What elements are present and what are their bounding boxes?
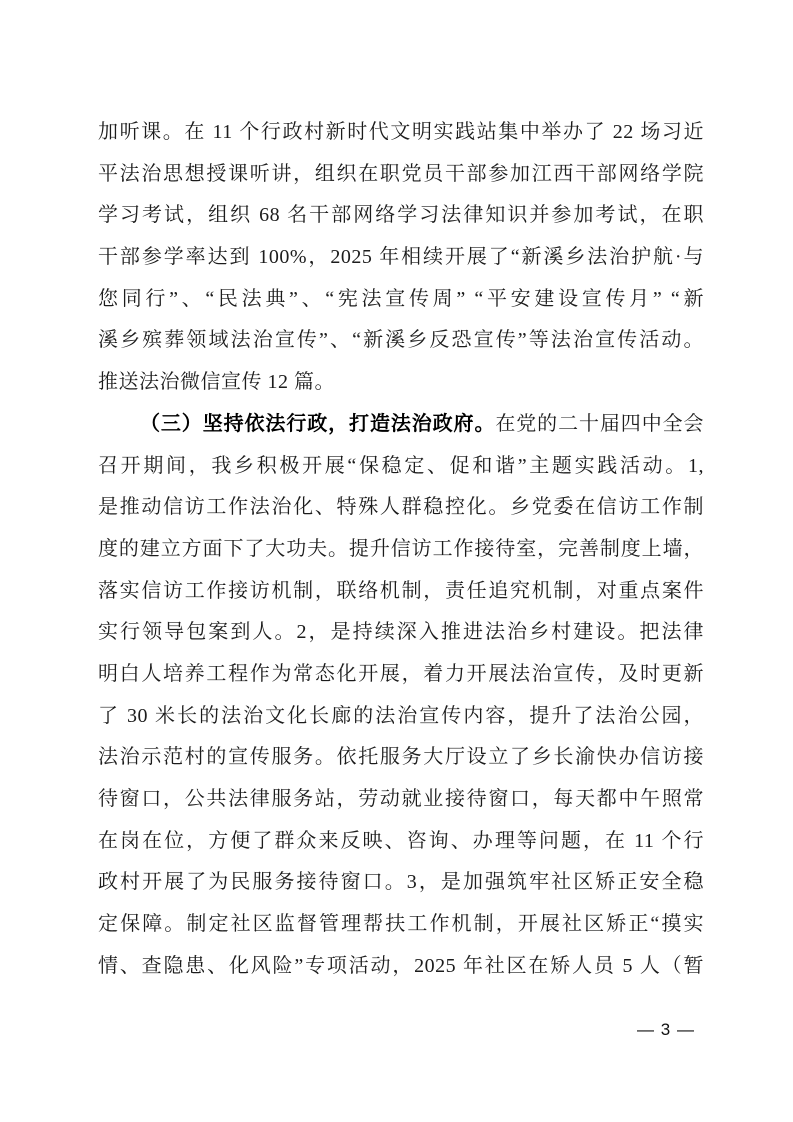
- text-line: 情、查隐患、化风险”专项活动，2025 年社区在矫人员 5 人（暂: [98, 946, 704, 988]
- text-line: 推送法治微信宣传 12 篇。: [98, 362, 704, 404]
- text-line: 加听课。在 11 个行政村新时代文明实践站集中举办了 22 场习近: [98, 112, 704, 154]
- text-line: 明白人培养工程作为常态化开展，着力开展法治宣传，及时更新: [98, 654, 704, 696]
- section-heading: （三）坚持依法行政，打造法治政府。: [140, 413, 495, 435]
- text-line: 政村开展了为民服务接待窗口。3，是加强筑牢社区矫正安全稳: [98, 862, 704, 904]
- text-line: 实行领导包案到人。2，是持续深入推进法治乡村建设。把法律: [98, 612, 704, 654]
- document-page: 加听课。在 11 个行政村新时代文明实践站集中举办了 22 场习近 平法治思想授…: [0, 0, 793, 1122]
- text-line: 定保障。制定社区监督管理帮扶工作机制，开展社区矫正“摸实: [98, 904, 704, 946]
- text-line: 待窗口，公共法律服务站，劳动就业接待窗口，每天都中午照常: [98, 779, 704, 821]
- text-line: 度的建立方面下了大功夫。提升信访工作接待室，完善制度上墙，: [98, 529, 704, 571]
- text-line: 学习考试，组织 68 名干部网络学习法律知识并参加考试，在职: [98, 195, 704, 237]
- text-line: 召开期间，我乡积极开展“保稳定、促和谐”主题实践活动。1,: [98, 446, 704, 488]
- text-line: 平法治思想授课听讲，组织在职党员干部参加江西干部网络学院: [98, 154, 704, 196]
- text-line: 是推动信访工作法治化、特殊人群稳控化。乡党委在信访工作制: [98, 487, 704, 529]
- page-number: — 3 —: [626, 1020, 706, 1040]
- text-line: 了 30 米长的法治文化长廊的法治宣传内容，提升了法治公园，: [98, 696, 704, 738]
- text-run: 在党的二十届四中全会: [495, 413, 704, 435]
- text-line: （三）坚持依法行政，打造法治政府。在党的二十届四中全会: [98, 404, 704, 446]
- text-line: 在岗在位，方便了群众来反映、咨询、办理等问题，在 11 个行: [98, 821, 704, 863]
- text-line: 溪乡殡葬领域法治宣传”、“新溪乡反恐宣传”等法治宣传活动。: [98, 320, 704, 362]
- text-line: 法治示范村的宣传服务。依托服务大厅设立了乡长渝快办信访接: [98, 737, 704, 779]
- document-text-block: 加听课。在 11 个行政村新时代文明实践站集中举办了 22 场习近 平法治思想授…: [98, 112, 704, 987]
- text-line: 您同行”、“民法典”、“宪法宣传周” “平安建设宣传月” “新: [98, 279, 704, 321]
- text-line: 落实信访工作接访机制，联络机制，责任追究机制，对重点案件: [98, 571, 704, 613]
- text-line: 干部参学率达到 100%，2025 年相续开展了“新溪乡法治护航·与: [98, 237, 704, 279]
